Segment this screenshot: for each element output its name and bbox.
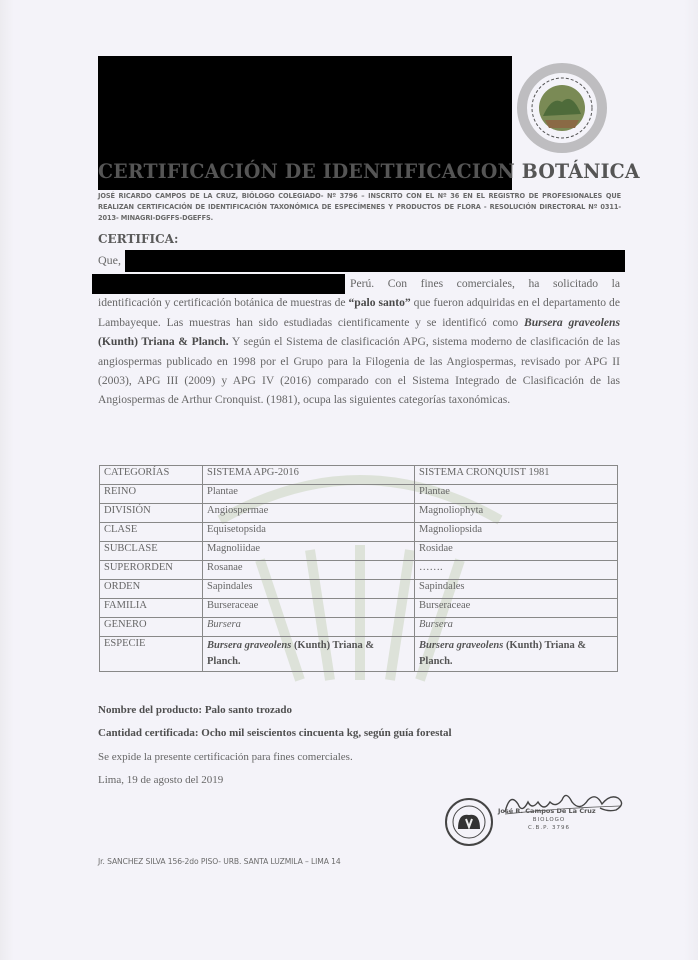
header-cell: SISTEMA APG-2016	[203, 466, 415, 485]
category-cell: GENERO	[100, 618, 203, 637]
apg-cell: Bursera	[203, 618, 415, 637]
apg-cell: Equisetopsida	[203, 523, 415, 542]
apg-cell: Sapindales	[203, 580, 415, 599]
apg-cell: Bursera graveolens (Kunth) Triana & Plan…	[203, 637, 415, 672]
header-cell: SISTEMA CRONQUIST 1981	[415, 466, 618, 485]
category-cell: FAMILIA	[100, 599, 203, 618]
certification-body: Perú. Con fines comerciales, ha solicita…	[98, 274, 620, 410]
cronquist-cell: Bursera graveolens (Kunth) Triana & Plan…	[415, 637, 618, 672]
footer-address: Jr. SANCHEZ SILVA 156-2do PISO- URB. SAN…	[98, 857, 341, 866]
issuance-statement: Se expide la presente certificación para…	[98, 751, 353, 763]
apg-cell: Rosanae	[203, 561, 415, 580]
apg-cell: Magnoliidae	[203, 542, 415, 561]
table-row: SUBCLASE Magnoliidae Rosidae	[100, 542, 618, 561]
certifica-heading: CERTIFICA:	[98, 232, 178, 246]
date-line: Lima, 19 de agosto del 2019	[98, 774, 223, 786]
apg-cell: Angiospermae	[203, 504, 415, 523]
table-row: ORDEN Sapindales Sapindales	[100, 580, 618, 599]
category-cell: ESPECIE	[100, 637, 203, 672]
category-cell: ORDEN	[100, 580, 203, 599]
cronquist-cell: …….	[415, 561, 618, 580]
apg-cell: Plantae	[203, 485, 415, 504]
cronquist-cell: Magnoliophyta	[415, 504, 618, 523]
cronquist-cell: Burseraceae	[415, 599, 618, 618]
cronquist-cell: Magnoliopsida	[415, 523, 618, 542]
species-author: (Kunth) Triana & Planch.	[98, 335, 229, 348]
table-row: FAMILIA Burseraceae Burseraceae	[100, 599, 618, 618]
cronquist-cell: Sapindales	[415, 580, 618, 599]
table-row: GENERO Bursera Bursera	[100, 618, 618, 637]
category-cell: SUBCLASE	[100, 542, 203, 561]
table-header-row: CATEGORÍAS SISTEMA APG-2016 SISTEMA CRON…	[100, 466, 618, 485]
certified-quantity-line: Cantidad certificada: Ocho mil seiscient…	[98, 727, 452, 739]
cronquist-cell: Bursera	[415, 618, 618, 637]
taxonomy-table: CATEGORÍAS SISTEMA APG-2016 SISTEMA CRON…	[99, 465, 618, 672]
que-label: Que,	[98, 253, 121, 268]
official-stamp-icon	[444, 797, 494, 847]
plantas-del-peru-logo-icon	[517, 58, 607, 158]
category-cell: SUPERORDEN	[100, 561, 203, 580]
redacted-applicant-name	[125, 250, 625, 272]
cronquist-cell: Rosidae	[415, 542, 618, 561]
table-row: REINO Plantae Plantae	[100, 485, 618, 504]
table-row: SUPERORDEN Rosanae …….	[100, 561, 618, 580]
document-page: CERTIFICACIÓN DE IDENTIFICACION BOTÁNICA…	[0, 0, 698, 960]
species-italic: Bursera graveolens	[419, 640, 503, 651]
product-name-quoted: “palo santo”	[348, 296, 410, 309]
document-title: CERTIFICACIÓN DE IDENTIFICACION BOTÁNICA	[98, 160, 602, 183]
certifier-credentials: JOSÉ RICARDO CAMPOS DE LA CRUZ, BIÓLOGO …	[98, 191, 621, 224]
category-cell: CLASE	[100, 523, 203, 542]
cronquist-cell: Plantae	[415, 485, 618, 504]
category-cell: REINO	[100, 485, 203, 504]
product-name-line: Nombre del producto: Palo santo trozado	[98, 704, 292, 716]
table-row: CLASE Equisetopsida Magnoliopsida	[100, 523, 618, 542]
signer-role: BIOLOGO	[494, 817, 604, 823]
apg-cell: Burseraceae	[203, 599, 415, 618]
table-row: DIVISIÓN Angiospermae Magnoliophyta	[100, 504, 618, 523]
species-name: Bursera graveolens	[524, 316, 620, 329]
species-italic: Bursera graveolens	[207, 640, 291, 651]
signer-name: José R. Campos De La Cruz	[498, 807, 604, 815]
header-cell: CATEGORÍAS	[100, 466, 203, 485]
signer-registration: C.B.P. 3796	[494, 825, 604, 831]
signature-block: José R. Campos De La Cruz BIOLOGO C.B.P.…	[494, 807, 604, 831]
category-cell: DIVISIÓN	[100, 504, 203, 523]
table-row-especie: ESPECIE Bursera graveolens (Kunth) Trian…	[100, 637, 618, 672]
